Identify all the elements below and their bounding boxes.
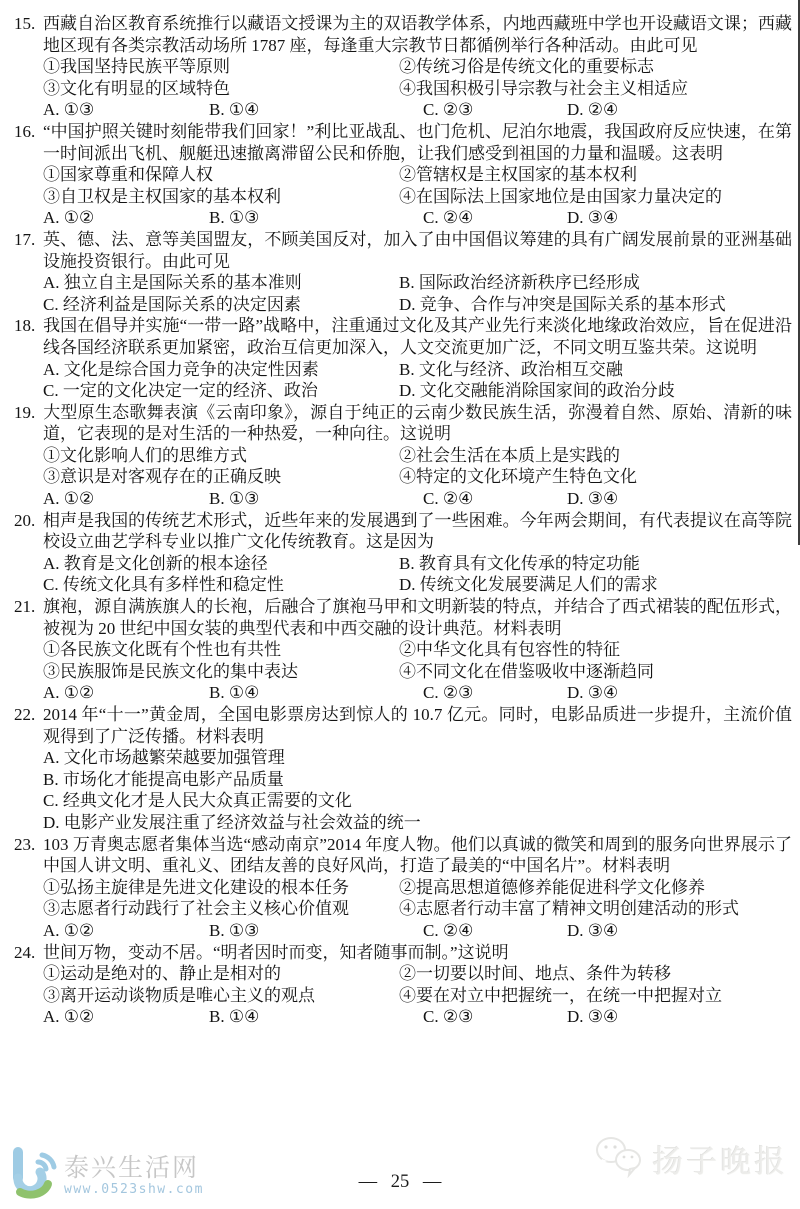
question-23: 23.103 万青奥志愿者集体当选“感动南京”2014 年度人物。他们以真诚的微… (14, 834, 792, 942)
statement: ②管辖权是主权国家的基本权利 (399, 164, 792, 186)
question-number: 24. (14, 942, 43, 964)
choice-group: A. ①②B. ①④C. ②③D. ③④ (14, 1006, 792, 1028)
statement: ④在国际法上国家地位是由国家力量决定的 (399, 186, 792, 208)
question-15: 15.西藏自治区教育系统推行以藏语文授课为主的双语教学体系，内地西藏班中学也开设… (14, 13, 792, 121)
statement: ②提高思想道德修养能促进科学文化修养 (399, 877, 792, 899)
question-number: 19. (14, 402, 43, 424)
choice-option: A. 独立自主是国际关系的基本准则 (43, 272, 399, 294)
question-stem: 22.2014 年“十一”黄金周，全国电影票房达到惊人的 10.7 亿元。同时，… (14, 704, 792, 747)
question-number: 16. (14, 121, 43, 143)
question-21: 21.旗袍，源自满族旗人的长袍，后融合了旗袍马甲和文明新装的特点，并结合了西式裙… (14, 596, 792, 704)
question-number: 17. (14, 229, 43, 251)
statement: ④不同文化在借鉴吸收中逐渐趋同 (399, 661, 792, 683)
question-stem-text: 2014 年“十一”黄金周，全国电影票房达到惊人的 10.7 亿元。同时，电影品… (43, 705, 792, 746)
choice-group: A. 文化市场越繁荣越要加强管理B. 市场化才能提高电影产品质量C. 经典文化才… (14, 747, 792, 833)
question-18: 18.我国在倡导并实施“一带一路”战略中，注重通过文化及其产业先行来淡化地缘政治… (14, 315, 792, 401)
choice-option: B. ①④ (209, 1006, 423, 1028)
statement: ②传统习俗是传统文化的重要标志 (399, 56, 792, 78)
question-stem-text: 英、德、法、意等美国盟友，不顾美国反对，加入了由中国倡议筹建的具有广阔发展前景的… (43, 230, 792, 271)
choice-option: A. 教育是文化创新的根本途径 (43, 553, 399, 575)
choice-group: A. 独立自主是国际关系的基本准则B. 国际政治经济新秩序已经形成C. 经济利益… (14, 272, 792, 315)
choice-option: A. ①② (43, 1006, 209, 1028)
choice-option: B. ①③ (209, 207, 423, 229)
choice-option: C. 经济利益是国际关系的决定因素 (43, 294, 399, 316)
statement: ③志愿者行动践行了社会主义核心价值观 (43, 898, 399, 920)
choice-option: D. 传统文化发展要满足人们的需求 (399, 574, 792, 596)
choice-option: C. 经典文化才是人民大众真正需要的文化 (43, 790, 792, 812)
question-stem: 20.相声是我国的传统艺术形式，近些年来的发展遇到了一些困难。今年两会期间，有代… (14, 510, 792, 553)
statement: ②中华文化具有包容性的特征 (399, 639, 792, 661)
choice-option: A. ①③ (43, 99, 209, 121)
question-stem-text: “中国护照关键时刻能带我们回家！”利比亚战乱、也门危机、尼泊尔地震，我国政府反应… (43, 122, 792, 163)
question-list: 15.西藏自治区教育系统推行以藏语文授课为主的双语教学体系，内地西藏班中学也开设… (0, 0, 800, 1028)
exam-page: 15.西藏自治区教育系统推行以藏语文授课为主的双语教学体系，内地西藏班中学也开设… (0, 0, 800, 1028)
statement: ①各民族文化既有个性也有共性 (43, 639, 399, 661)
choice-option: B. ①④ (209, 99, 423, 121)
statement: ③意识是对客观存在的正确反映 (43, 466, 399, 488)
question-number: 18. (14, 315, 43, 337)
choice-group: A. ①②B. ①③C. ②④D. ③④ (14, 920, 792, 942)
question-24: 24.世间万物，变动不居。“明者因时而变，知者随事而制。”这说明①运动是绝对的、… (14, 942, 792, 1028)
question-number: 22. (14, 704, 43, 726)
swirl-signal-icon (6, 1146, 60, 1205)
choice-option: A. ①② (43, 207, 209, 229)
question-stem: 15.西藏自治区教育系统推行以藏语文授课为主的双语教学体系，内地西藏班中学也开设… (14, 13, 792, 56)
taixing-life-net-logo: 泰兴生活网 www.0523shw.com (6, 1146, 204, 1205)
choice-option: D. ③④ (567, 488, 792, 510)
statement-grid: ①运动是绝对的、静止是相对的②一切要以时间、地点、条件为转移③离开运动谈物质是唯… (14, 963, 792, 1006)
choice-group: A. ①③B. ①④C. ②③D. ②④ (14, 99, 792, 121)
question-stem-text: 世间万物，变动不居。“明者因时而变，知者随事而制。”这说明 (43, 943, 509, 962)
choice-option: B. 市场化才能提高电影产品质量 (43, 769, 792, 791)
choice-option: D. ②④ (567, 99, 792, 121)
choice-option: C. ②③ (423, 99, 567, 121)
statement-grid: ①国家尊重和保障人权②管辖权是主权国家的基本权利③自卫权是主权国家的基本权利④在… (14, 164, 792, 207)
choice-option: D. 竞争、合作与冲突是国际关系的基本形式 (399, 294, 792, 316)
question-stem: 24.世间万物，变动不居。“明者因时而变，知者随事而制。”这说明 (14, 942, 792, 964)
left-logo-name: 泰兴生活网 (64, 1155, 204, 1181)
question-22: 22.2014 年“十一”黄金周，全国电影票房达到惊人的 10.7 亿元。同时，… (14, 704, 792, 834)
statement: ④要在对立中把握统一，在统一中把握对立 (399, 985, 792, 1007)
choice-option: C. ②③ (423, 682, 567, 704)
choice-option: B. 文化与经济、政治相互交融 (399, 359, 792, 381)
question-stem-text: 大型原生态歌舞表演《云南印象》，源自于纯正的云南少数民族生活，弥漫着自然、原始、… (43, 403, 792, 444)
statement: ③文化有明显的区域特色 (43, 78, 399, 100)
question-19: 19.大型原生态歌舞表演《云南印象》，源自于纯正的云南少数民族生活，弥漫着自然、… (14, 402, 792, 510)
statement: ②社会生活在本质上是实践的 (399, 445, 792, 467)
choice-group: A. 文化是综合国力竞争的决定性因素B. 文化与经济、政治相互交融C. 一定的文… (14, 359, 792, 402)
statement: ④志愿者行动丰富了精神文明创建活动的形式 (399, 898, 792, 920)
statement: ①弘扬主旋律是先进文化建设的根本任务 (43, 877, 399, 899)
question-17: 17.英、德、法、意等美国盟友，不顾美国反对，加入了由中国倡议筹建的具有广阔发展… (14, 229, 792, 315)
choice-option: B. 教育具有文化传承的特定功能 (399, 553, 792, 575)
statement-grid: ①弘扬主旋律是先进文化建设的根本任务②提高思想道德修养能促进科学文化修养③志愿者… (14, 877, 792, 920)
choice-option: A. 文化是综合国力竞争的决定性因素 (43, 359, 399, 381)
choice-group: A. 教育是文化创新的根本途径B. 教育具有文化传承的特定功能C. 传统文化具有… (14, 553, 792, 596)
choice-group: A. ①②B. ①④C. ②③D. ③④ (14, 682, 792, 704)
choice-option: D. ③④ (567, 207, 792, 229)
question-stem-text: 相声是我国的传统艺术形式，近些年来的发展遇到了一些困难。今年两会期间，有代表提议… (43, 511, 792, 552)
question-number: 20. (14, 510, 43, 532)
choice-group: A. ①②B. ①③C. ②④D. ③④ (14, 207, 792, 229)
choice-option: C. ②④ (423, 207, 567, 229)
choice-option: B. ①④ (209, 682, 423, 704)
statement: ①国家尊重和保障人权 (43, 164, 399, 186)
question-stem: 23.103 万青奥志愿者集体当选“感动南京”2014 年度人物。他们以真诚的微… (14, 834, 792, 877)
left-logo-url: www.0523shw.com (64, 1182, 204, 1197)
choice-group: A. ①②B. ①③C. ②④D. ③④ (14, 488, 792, 510)
statement: ④我国积极引导宗教与社会主义相适应 (399, 78, 792, 100)
statement: ①我国坚持民族平等原则 (43, 56, 399, 78)
yangtse-evening-post-watermark: 扬子晚报 (594, 1134, 788, 1183)
statement-grid: ①文化影响人们的思维方式②社会生活在本质上是实践的③意识是对客观存在的正确反映④… (14, 445, 792, 488)
question-stem: 19.大型原生态歌舞表演《云南印象》，源自于纯正的云南少数民族生活，弥漫着自然、… (14, 402, 792, 445)
statement: ③离开运动谈物质是唯心主义的观点 (43, 985, 399, 1007)
question-stem-text: 旗袍，源自满族旗人的长袍，后融合了旗袍马甲和文明新装的特点，并结合了西式裙装的配… (43, 597, 792, 638)
question-number: 21. (14, 596, 43, 618)
choice-option: D. ③④ (567, 682, 792, 704)
choice-option: B. ①③ (209, 920, 423, 942)
choice-option: A. ①② (43, 682, 209, 704)
choice-option: B. 国际政治经济新秩序已经形成 (399, 272, 792, 294)
question-stem-text: 我国在倡导并实施“一带一路”战略中，注重通过文化及其产业先行来淡化地缘政治效应，… (43, 316, 792, 357)
question-stem: 21.旗袍，源自满族旗人的长袍，后融合了旗袍马甲和文明新装的特点，并结合了西式裙… (14, 596, 792, 639)
choice-option: C. ②③ (423, 1006, 567, 1028)
statement-grid: ①各民族文化既有个性也有共性②中华文化具有包容性的特征③民族服饰是民族文化的集中… (14, 639, 792, 682)
choice-option: A. ①② (43, 488, 209, 510)
choice-option: D. 电影产业发展注重了经济效益与社会效益的统一 (43, 812, 792, 834)
statement: ①运动是绝对的、静止是相对的 (43, 963, 399, 985)
choice-option: C. 一定的文化决定一定的经济、政治 (43, 380, 399, 402)
question-16: 16.“中国护照关键时刻能带我们回家！”利比亚战乱、也门危机、尼泊尔地震，我国政… (14, 121, 792, 229)
question-stem-text: 103 万青奥志愿者集体当选“感动南京”2014 年度人物。他们以真诚的微笑和周… (43, 835, 792, 876)
wechat-bubbles-icon (594, 1134, 646, 1183)
choice-option: D. 文化交融能消除国家间的政治分歧 (399, 380, 792, 402)
statement: ③自卫权是主权国家的基本权利 (43, 186, 399, 208)
choice-option: D. ③④ (567, 920, 792, 942)
choice-option: A. 文化市场越繁荣越要加强管理 (43, 747, 792, 769)
question-number: 15. (14, 13, 43, 35)
question-stem-text: 西藏自治区教育系统推行以藏语文授课为主的双语教学体系，内地西藏班中学也开设藏语文… (43, 14, 792, 55)
choice-option: C. ②④ (423, 920, 567, 942)
question-number: 23. (14, 834, 43, 856)
question-stem: 17.英、德、法、意等美国盟友，不顾美国反对，加入了由中国倡议筹建的具有广阔发展… (14, 229, 792, 272)
choice-option: C. 传统文化具有多样性和稳定性 (43, 574, 399, 596)
statement: ③民族服饰是民族文化的集中表达 (43, 661, 399, 683)
right-watermark-name: 扬子晚报 (652, 1136, 788, 1181)
question-stem: 16.“中国护照关键时刻能带我们回家！”利比亚战乱、也门危机、尼泊尔地震，我国政… (14, 121, 792, 164)
statement: ①文化影响人们的思维方式 (43, 445, 399, 467)
choice-option: D. ③④ (567, 1006, 792, 1028)
choice-option: B. ①③ (209, 488, 423, 510)
statement: ②一切要以时间、地点、条件为转移 (399, 963, 792, 985)
statement: ④特定的文化环境产生特色文化 (399, 466, 792, 488)
choice-option: A. ①② (43, 920, 209, 942)
question-stem: 18.我国在倡导并实施“一带一路”战略中，注重通过文化及其产业先行来淡化地缘政治… (14, 315, 792, 358)
question-20: 20.相声是我国的传统艺术形式，近些年来的发展遇到了一些困难。今年两会期间，有代… (14, 510, 792, 596)
choice-option: C. ②④ (423, 488, 567, 510)
statement-grid: ①我国坚持民族平等原则②传统习俗是传统文化的重要标志③文化有明显的区域特色④我国… (14, 56, 792, 99)
